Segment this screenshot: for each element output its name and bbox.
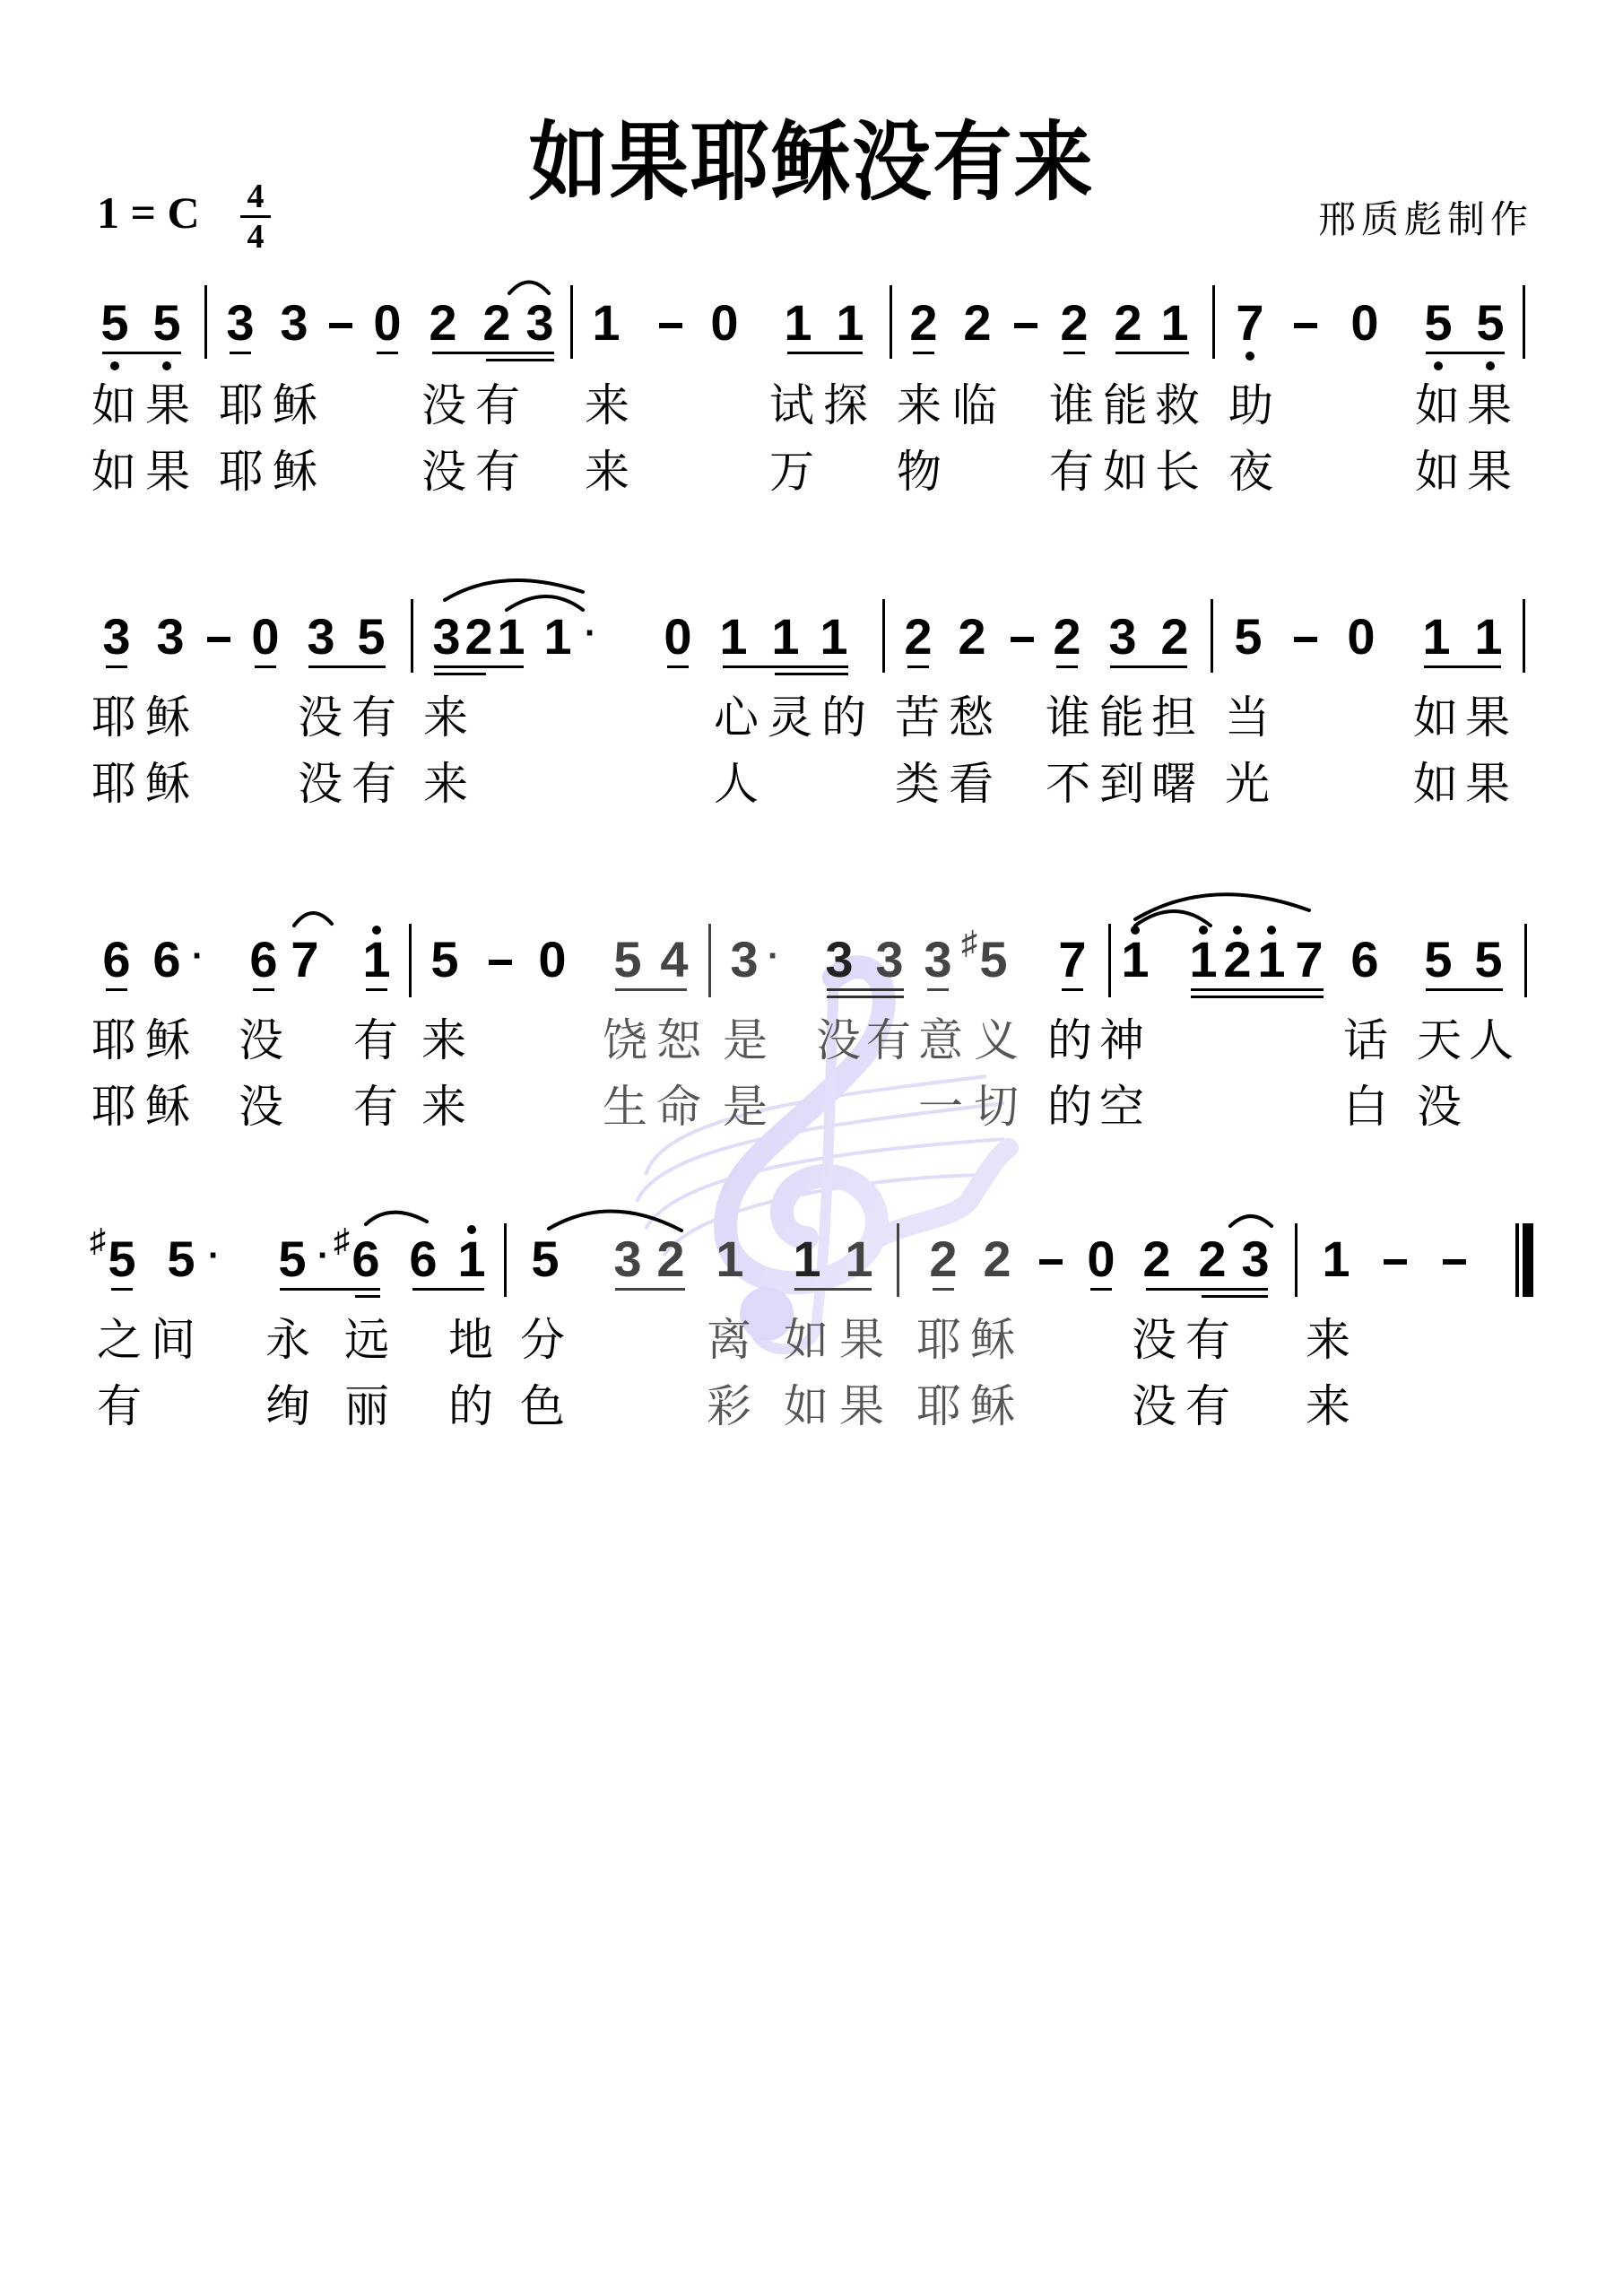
lyric: 离	[707, 1313, 751, 1367]
lyric: 耶	[91, 691, 136, 744]
lyric: 来	[1306, 1379, 1350, 1433]
barline	[897, 1223, 899, 1297]
extension-dash	[1294, 323, 1317, 328]
note: 7	[1291, 933, 1327, 987]
underline	[106, 665, 127, 668]
barline	[1108, 924, 1111, 997]
lyric: 来	[1306, 1313, 1350, 1367]
lyric: 来	[423, 757, 468, 811]
arranger-credit: 邢质彪制作	[1318, 190, 1533, 244]
lyric: 生	[603, 1080, 647, 1134]
high-octave-dot	[1131, 926, 1140, 935]
note: 5	[976, 933, 1011, 987]
note: 1	[1254, 933, 1289, 987]
lyric: 有	[1049, 445, 1094, 499]
lyric: 当	[1225, 691, 1270, 744]
lyric: 如	[91, 445, 136, 499]
underline-double	[486, 359, 554, 361]
note: 5	[527, 1232, 563, 1286]
underline-double	[355, 1295, 380, 1298]
underline-double	[775, 673, 848, 675]
lyric: 稣	[145, 691, 190, 744]
underline	[794, 1288, 872, 1291]
note: 1	[712, 1232, 748, 1286]
barline	[504, 1223, 507, 1297]
barline	[890, 285, 892, 359]
lyric: 分	[520, 1313, 565, 1367]
note: 1	[816, 610, 852, 664]
note: 1	[1185, 933, 1221, 987]
note: 7	[1055, 933, 1090, 987]
underline	[913, 352, 934, 354]
lyric: 耶	[219, 378, 264, 432]
note: 2	[900, 610, 936, 664]
underline	[1426, 988, 1503, 991]
lyric: 夜	[1228, 445, 1273, 499]
note: 2	[906, 296, 942, 350]
underline	[907, 665, 929, 668]
lyric: 来	[897, 378, 942, 432]
note: 0	[660, 610, 696, 664]
note: 2	[1194, 1232, 1230, 1286]
note: 2	[425, 296, 461, 350]
lyric: 的	[1047, 1013, 1092, 1067]
note: 1	[841, 1232, 877, 1286]
lyric: 物	[897, 445, 942, 499]
slur-r2-outer	[445, 580, 583, 600]
note: 2	[1219, 933, 1255, 987]
lyric: 稣	[145, 1080, 190, 1134]
lyric: 到	[1099, 757, 1144, 811]
extension-dash	[207, 637, 230, 642]
note: 3	[920, 933, 956, 987]
low-octave-dot	[110, 361, 119, 370]
note: 1	[1471, 610, 1506, 664]
lyric: 没	[298, 691, 343, 744]
note: 3	[1237, 1232, 1273, 1286]
slur-r4-23	[1230, 1216, 1271, 1226]
lyric: 彩	[707, 1379, 751, 1433]
note: 6	[246, 933, 282, 987]
lyric: 谁	[1049, 378, 1094, 432]
slur-r3-outer	[1135, 894, 1309, 919]
note: 0	[369, 296, 405, 350]
low-octave-dot	[162, 361, 171, 370]
treble-clef-watermark-icon	[610, 951, 1022, 1354]
underline	[827, 988, 904, 991]
note: 6	[405, 1232, 441, 1286]
underline	[927, 988, 949, 991]
note: 5	[1230, 610, 1266, 664]
lyric: 救	[1155, 378, 1200, 432]
lyric: 人	[714, 757, 759, 811]
barline	[1524, 924, 1527, 997]
lyric: 有	[352, 757, 396, 811]
lyric: 是	[723, 1080, 768, 1134]
underline	[255, 665, 276, 668]
lyric: 的	[1047, 1080, 1092, 1134]
note: 0	[1343, 610, 1379, 664]
note: 5	[1471, 933, 1506, 987]
note: 3	[222, 296, 258, 350]
note: 3	[610, 1232, 646, 1286]
lyric: 类	[895, 757, 940, 811]
underline	[667, 665, 689, 668]
lyric: 如	[784, 1313, 829, 1367]
high-octave-dot	[1233, 926, 1242, 935]
lyric: 愁	[949, 691, 994, 744]
lyric: 有	[353, 1080, 398, 1134]
lyric: 没	[421, 445, 466, 499]
lyric: 一	[918, 1080, 963, 1134]
extension-dash	[659, 323, 682, 328]
note: 1	[493, 610, 529, 664]
lyric: 色	[520, 1379, 565, 1433]
note: 1	[1419, 610, 1454, 664]
barline	[1212, 285, 1215, 359]
low-octave-dot	[1245, 352, 1254, 361]
low-octave-dot	[1486, 361, 1495, 370]
lyric: 如	[1413, 757, 1458, 811]
lyric: 来	[423, 691, 468, 744]
lyric: 命	[656, 1080, 701, 1134]
barline	[1523, 285, 1525, 359]
note: 1	[716, 610, 751, 664]
lyric: 意	[918, 1013, 963, 1067]
note: 1	[540, 610, 576, 664]
lyric: 如	[1415, 445, 1460, 499]
underline	[432, 352, 554, 354]
underline	[1062, 988, 1083, 991]
lyric: 神	[1099, 1013, 1144, 1067]
underline	[1056, 665, 1078, 668]
note: 2	[1139, 1232, 1175, 1286]
note: 0	[247, 610, 283, 664]
note: 7	[1232, 296, 1268, 350]
note: 1	[768, 610, 803, 664]
underline	[1146, 1288, 1268, 1291]
note: 2	[461, 610, 497, 664]
underline	[111, 1288, 133, 1291]
lyric: 稣	[970, 1379, 1015, 1433]
note: 3	[872, 933, 907, 987]
lyric: 耶	[219, 445, 264, 499]
extension-dash	[489, 960, 512, 965]
lyric: 有	[866, 1013, 911, 1067]
lyric: 稣	[145, 1013, 190, 1067]
high-octave-dot	[467, 1225, 476, 1234]
underline	[615, 988, 687, 991]
lyric: 担	[1151, 691, 1196, 744]
lyric: 长	[1155, 445, 1200, 499]
final-barline-thin	[1515, 1223, 1519, 1297]
underline	[1426, 352, 1505, 354]
note: 3	[726, 933, 762, 987]
note: 6	[99, 933, 135, 987]
augmentation-dot: ·	[208, 1236, 220, 1276]
slur-r4-66	[366, 1213, 427, 1224]
lyric: 耶	[91, 757, 136, 811]
lyric: 果	[1465, 691, 1510, 744]
lyric: 临	[952, 378, 997, 432]
underline	[412, 1288, 484, 1291]
note: 5	[163, 1232, 199, 1286]
note: 1	[789, 1232, 825, 1286]
lyric: 远	[344, 1313, 389, 1367]
note: 1	[780, 296, 816, 350]
note: 2	[653, 1232, 689, 1286]
lyric: 来	[421, 1013, 466, 1067]
note: 2	[1110, 296, 1146, 350]
underline	[366, 988, 387, 991]
lyric: 是	[723, 1013, 768, 1067]
note: 1	[454, 1232, 490, 1286]
note: 6	[348, 1232, 384, 1286]
lyric: 切	[974, 1080, 1019, 1134]
lyric: 人	[1469, 1013, 1514, 1067]
note: 3	[276, 296, 312, 350]
note: 3	[152, 610, 188, 664]
barline	[409, 924, 412, 997]
note: 2	[954, 610, 990, 664]
lyric: 之	[97, 1313, 142, 1367]
lyric: 稣	[273, 445, 317, 499]
barline	[1211, 599, 1213, 673]
lyric: 如	[1103, 445, 1148, 499]
note: 2	[479, 296, 515, 350]
barline	[1295, 1223, 1298, 1297]
underline-double	[434, 673, 486, 675]
extension-dash	[1443, 1259, 1466, 1265]
lyric: 义	[974, 1013, 1019, 1067]
lyric: 有	[353, 1013, 398, 1067]
note: 1	[1157, 296, 1193, 350]
extension-dash	[329, 323, 352, 328]
time-signature-top: 4	[240, 179, 271, 213]
underline	[377, 352, 398, 354]
lyric: 果	[839, 1379, 884, 1433]
lyric: 空	[1099, 1080, 1144, 1134]
lyric: 能	[1103, 378, 1148, 432]
lyric: 没	[298, 757, 343, 811]
note: 5	[610, 933, 646, 987]
lyric: 永	[265, 1313, 310, 1367]
extension-dash	[1011, 637, 1034, 642]
lyric: 能	[1099, 691, 1144, 744]
note: 5	[1472, 296, 1508, 350]
note: 4	[656, 933, 692, 987]
lyric: 有	[475, 445, 520, 499]
lyric: 有	[97, 1379, 142, 1433]
underline	[102, 352, 181, 354]
lyric: 的	[448, 1379, 493, 1433]
lyric: 果	[839, 1313, 884, 1367]
note: 5	[353, 610, 389, 664]
note: 3	[1105, 610, 1141, 664]
slur-r3-67	[294, 913, 332, 926]
lyric: 如	[784, 1379, 829, 1433]
lyric: 没	[239, 1080, 283, 1134]
underline	[933, 1288, 954, 1291]
underline	[253, 988, 274, 991]
lyric: 恕	[656, 1013, 701, 1067]
high-octave-dot	[372, 926, 381, 935]
lyric: 地	[448, 1313, 493, 1367]
lyric: 如	[1413, 691, 1458, 744]
extension-dash	[1384, 1259, 1407, 1265]
lyric: 饶	[603, 1013, 647, 1067]
underline	[1110, 665, 1187, 668]
lyric: 试	[769, 378, 814, 432]
lyric: 有	[352, 691, 396, 744]
note: 5	[97, 296, 133, 350]
key-signature: 1 = C	[97, 187, 200, 239]
lyric: 有	[475, 378, 520, 432]
slur-r3-inner	[1135, 911, 1211, 926]
lyric: 万	[769, 445, 814, 499]
lyric: 不	[1046, 757, 1090, 811]
underline	[1090, 1288, 1112, 1291]
barline	[570, 285, 573, 359]
lyric: 没	[1132, 1379, 1176, 1433]
lyric: 耶	[91, 1013, 136, 1067]
underline	[230, 352, 251, 354]
underline	[615, 1288, 685, 1291]
note: 3	[522, 296, 558, 350]
extension-dash	[1014, 323, 1037, 328]
underline	[723, 665, 848, 668]
lyric: 如	[1415, 378, 1460, 432]
lyric: 来	[421, 1080, 466, 1134]
lyric: 果	[1467, 445, 1512, 499]
barline	[1523, 599, 1525, 673]
lyric: 果	[145, 378, 190, 432]
lyric: 稣	[970, 1313, 1015, 1367]
low-octave-dot	[1434, 361, 1443, 370]
lyric: 如	[91, 378, 136, 432]
note: 5	[104, 1232, 140, 1286]
underline-double	[1202, 1295, 1268, 1298]
note: 3	[303, 610, 339, 664]
high-octave-dot	[1199, 926, 1208, 935]
lyric: 没	[1417, 1080, 1462, 1134]
lyric: 果	[145, 445, 190, 499]
note: 2	[1157, 610, 1193, 664]
lyric: 有	[1185, 1379, 1230, 1433]
time-signature-bottom: 4	[240, 220, 271, 254]
lyric: 曙	[1151, 757, 1196, 811]
lyric: 果	[1465, 757, 1510, 811]
note: 2	[1049, 610, 1085, 664]
lyric: 灵	[768, 691, 812, 744]
note: 0	[534, 933, 570, 987]
note: 6	[1347, 933, 1383, 987]
lyric: 稣	[273, 378, 317, 432]
note: 3	[429, 610, 464, 664]
underline	[787, 352, 863, 354]
lyric: 谁	[1046, 691, 1090, 744]
note: 5	[1420, 296, 1456, 350]
note: 1	[588, 296, 624, 350]
lyric: 助	[1228, 378, 1273, 432]
lyric: 光	[1225, 757, 1270, 811]
extension-dash	[1039, 1259, 1063, 1265]
lyric: 丽	[344, 1379, 389, 1433]
note: 1	[359, 933, 395, 987]
underline	[1115, 352, 1189, 354]
lyric: 果	[1467, 378, 1512, 432]
note: 7	[287, 933, 323, 987]
lyric: 耶	[91, 1080, 136, 1134]
note: 2	[979, 1232, 1015, 1286]
barline	[204, 285, 207, 359]
lyric: 的	[821, 691, 866, 744]
note: 6	[149, 933, 185, 987]
note: 1	[1318, 1232, 1354, 1286]
lyric: 话	[1343, 1013, 1388, 1067]
slur-r1-23	[509, 283, 549, 294]
lyric: 没	[421, 378, 466, 432]
underline	[308, 665, 386, 668]
extension-dash	[1294, 637, 1317, 642]
lyric: 天	[1417, 1013, 1462, 1067]
underline	[1424, 665, 1501, 668]
lyric: 心	[714, 691, 759, 744]
note: 2	[1056, 296, 1092, 350]
lyric: 间	[151, 1313, 195, 1367]
augmentation-dot: ·	[317, 1236, 329, 1276]
note: 3	[99, 610, 135, 664]
lyric: 稣	[145, 757, 190, 811]
lyric: 耶	[916, 1313, 961, 1367]
lyric: 来	[585, 378, 629, 432]
note: 1	[1117, 933, 1153, 987]
note: 5	[149, 296, 185, 350]
underline-double	[1191, 996, 1324, 998]
lyric: 没	[1132, 1313, 1176, 1367]
time-signature: 4 4	[240, 179, 271, 254]
augmentation-dot: ·	[192, 936, 204, 977]
high-octave-dot	[1267, 926, 1276, 935]
lyric: 没	[816, 1013, 861, 1067]
note: 0	[707, 296, 742, 350]
lyric: 没	[239, 1013, 283, 1067]
lyric: 来	[585, 445, 629, 499]
underline	[106, 988, 127, 991]
barline	[882, 599, 885, 673]
note: 0	[1083, 1232, 1119, 1286]
underline-double	[827, 996, 904, 998]
augmentation-dot: ·	[585, 613, 596, 654]
lyric: 有	[1185, 1313, 1230, 1367]
final-barline-thick	[1523, 1223, 1533, 1297]
augmentation-dot: ·	[768, 936, 779, 977]
lyric: 看	[949, 757, 994, 811]
underline	[1191, 988, 1324, 991]
note: 0	[1347, 296, 1383, 350]
barline	[411, 599, 413, 673]
lyric: 白	[1343, 1080, 1388, 1134]
lyric: 苦	[895, 691, 940, 744]
underline	[280, 1288, 380, 1291]
note: 1	[832, 296, 868, 350]
lyric: 耶	[916, 1379, 961, 1433]
barline	[708, 924, 711, 997]
note: 5	[274, 1232, 310, 1286]
note: 5	[1420, 933, 1456, 987]
underline	[434, 665, 524, 668]
note: 2	[925, 1232, 961, 1286]
